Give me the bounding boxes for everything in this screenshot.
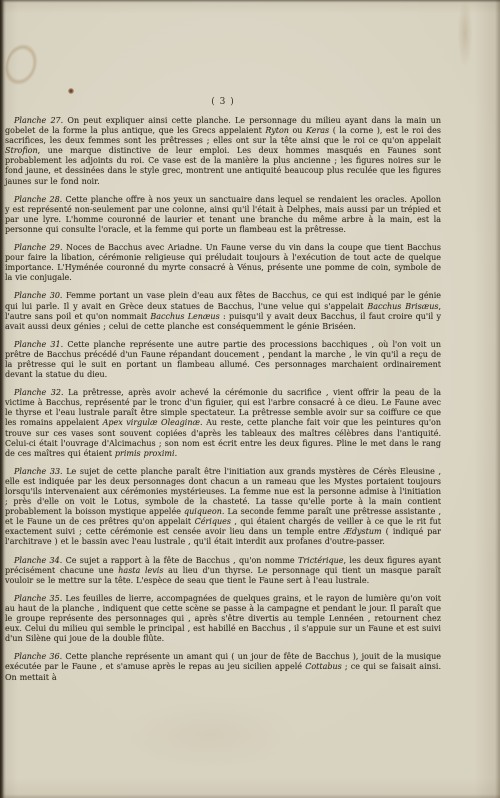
text-run: Noces de Bacchus avec Ariadne. Un Faune … <box>5 243 441 282</box>
text-run-italic: Trictérique <box>298 556 344 565</box>
paragraph-planche-34: Planche 34. Ce sujet a rapport à la fête… <box>5 556 441 586</box>
text-run-italic: Ædystum <box>344 527 382 536</box>
paragraph-planche-31: Planche 31. Cette planche représente une… <box>5 340 441 380</box>
paragraph-planche-28: Planche 28. Cette planche offre à nos ye… <box>5 195 441 235</box>
page-edge-right <box>495 0 500 798</box>
page-number: ( 3 ) <box>5 97 441 107</box>
paragraph-planche-33: Planche 33. Le sujet de cette planche pa… <box>5 467 441 548</box>
text-run: ou <box>289 126 306 135</box>
text-run: , une marque distinctive de leur emploi.… <box>5 146 441 185</box>
text-run-italic: Planche 27. <box>14 116 63 125</box>
text-run-italic: Planche 35. <box>14 594 62 603</box>
paragraph-planche-27: Planche 27. On peut expliquer ainsi cett… <box>5 116 441 187</box>
text-run-italic: Bacchus Brisæus <box>367 302 438 311</box>
text-run-italic: Cériques <box>195 517 231 526</box>
text-run-italic: Cottabus <box>305 662 342 671</box>
foxing-stain-dot <box>68 88 74 94</box>
text-run-italic: Keras <box>306 126 329 135</box>
text-run-italic: Planche 33. <box>14 467 63 476</box>
text-run-italic: Strofion <box>5 146 38 155</box>
text-run: Les feuilles de lierre, accompagnées de … <box>5 594 441 643</box>
text-run-italic: Planche 30. <box>14 291 62 300</box>
scanned-book-page: ( 3 ) Planche 27. On peut expliquer ains… <box>0 0 500 798</box>
page-edge-bottom <box>0 794 500 798</box>
page-edge-top <box>0 0 500 3</box>
text-run-italic: Ryton <box>265 126 289 135</box>
paragraph-planche-36: Planche 36. Cette planche représente un … <box>5 652 441 682</box>
text-run-italic: hasta levis <box>118 566 163 575</box>
text-block: ( 3 ) Planche 27. On peut expliquer ains… <box>5 97 441 691</box>
text-run-italic: Planche 34. <box>14 556 62 565</box>
text-run-italic: quiqueon <box>184 507 222 516</box>
text-run: Cette planche offre à nos yeux un sanctu… <box>5 195 441 234</box>
paper-discoloration <box>120 700 300 770</box>
text-run-italic: Planche 36. <box>14 652 62 661</box>
paragraph-planche-35: Planche 35. Les feuilles de lierre, acco… <box>5 594 441 644</box>
paragraph-planche-30: Planche 30. Femme portant un vase plein … <box>5 291 441 331</box>
text-run: Ce sujet a rapport à la fête de Bacchus … <box>62 556 298 565</box>
text-run-italic: Planche 29. <box>14 243 63 252</box>
foxing-stain-arc <box>0 32 60 99</box>
text-run-italic: Apex virgulæ Oleaginæ <box>103 418 200 427</box>
text-run-italic: Planche 32. <box>14 388 64 397</box>
paragraph-planche-32: Planche 32. La prêtresse, après avoir ac… <box>5 388 441 459</box>
foxing-stain-streak <box>452 0 478 95</box>
paragraphs: Planche 27. On peut expliquer ainsi cett… <box>5 116 441 683</box>
text-run: Cette planche représente une autre parti… <box>5 340 441 379</box>
text-run-italic: Planche 28. <box>14 195 62 204</box>
text-run-italic: primis proximi. <box>115 449 177 458</box>
paragraph-planche-29: Planche 29. Noces de Bacchus avec Ariadn… <box>5 243 441 283</box>
text-run-italic: Planche 31. <box>14 340 63 349</box>
text-run-italic: Bacchus Lenæus <box>150 312 219 321</box>
